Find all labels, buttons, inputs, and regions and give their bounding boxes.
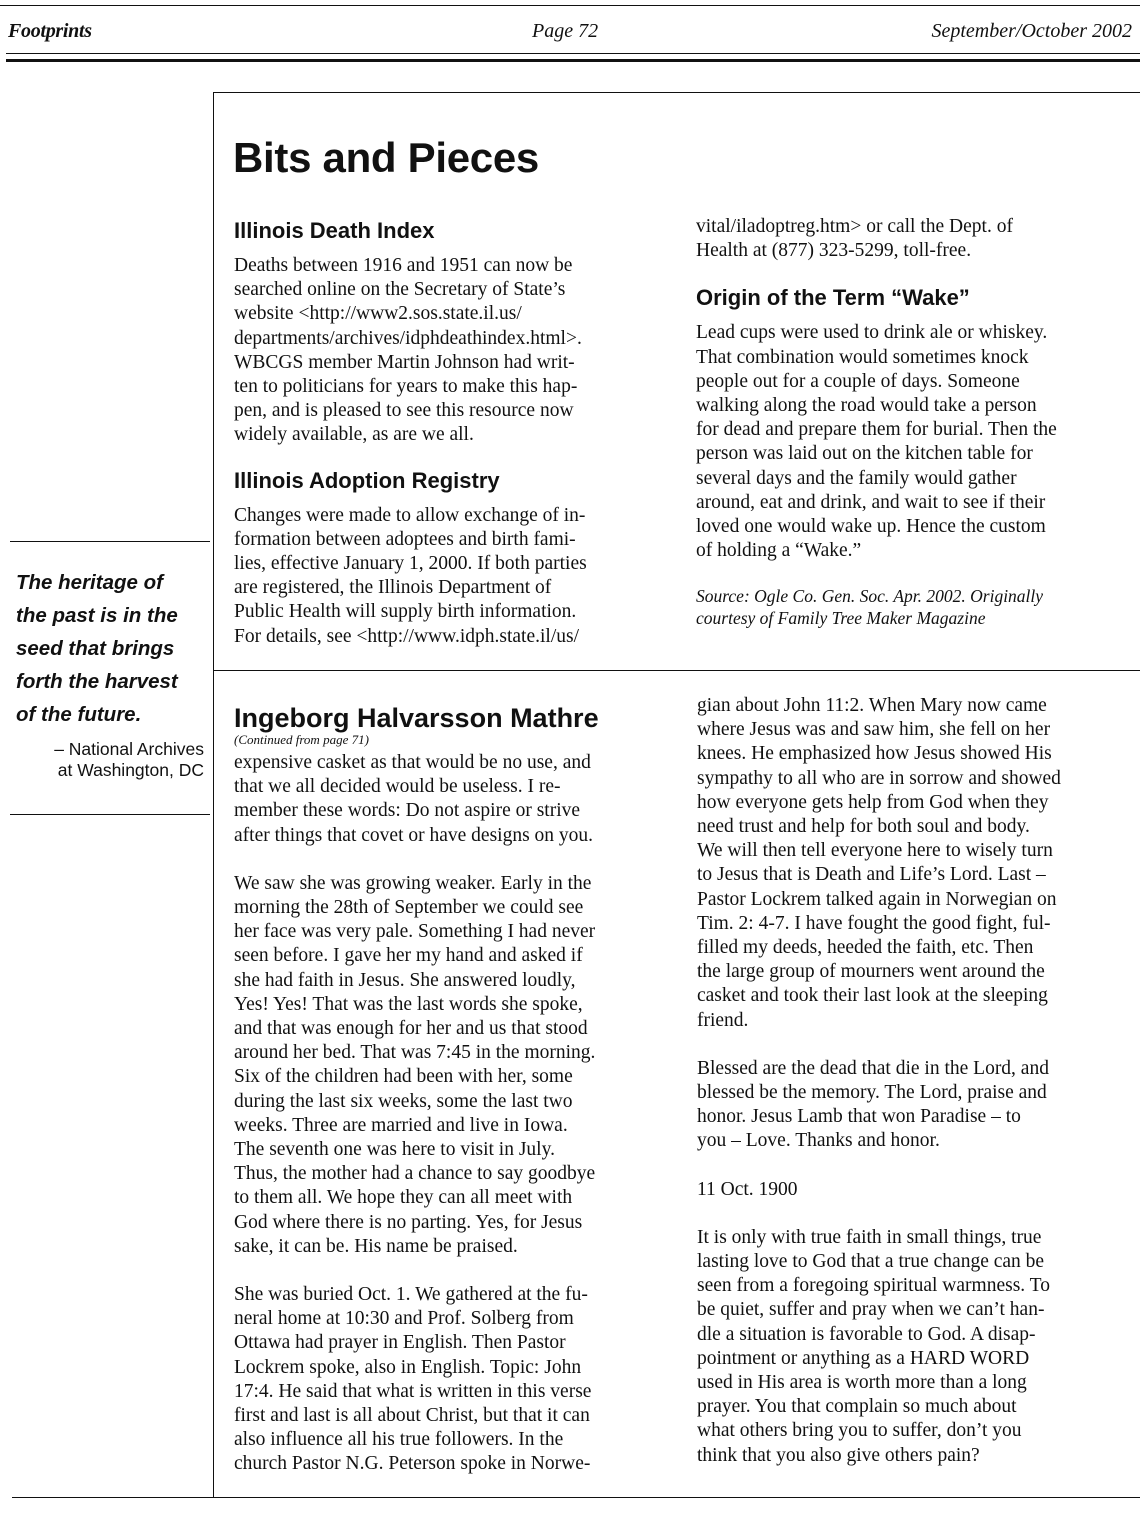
continued-note: (Continued from page 71) <box>234 733 674 747</box>
text-line: The seventh one was here to visit in Jul… <box>234 1138 674 1162</box>
text-line: and that was enough for her and us that … <box>234 1017 674 1041</box>
text-line: neral home at 10:30 and Prof. Solberg fr… <box>234 1307 674 1331</box>
text-line: Deaths between 1916 and 1951 can now be <box>234 254 674 278</box>
text-line: blessed be the memory. The Lord, praise … <box>697 1081 1137 1105</box>
article-title: Ingeborg Halvarsson Mathre <box>234 703 674 733</box>
section-heading-adoption-registry: Illinois Adoption Registry <box>234 468 674 494</box>
text-line: seen before. I gave her my hand and aske… <box>234 944 674 968</box>
wake-source-citation: Source: Ogle Co. Gen. Soc. Apr. 2002. Or… <box>696 585 1136 629</box>
text-line: weeks. Three are married and live in Iow… <box>234 1114 674 1138</box>
article-paragraph: It is only with true faith in small thin… <box>697 1226 1137 1468</box>
text-line: several days and the family would gather <box>696 467 1136 491</box>
text-line: filled my deeds, heeded the faith, etc. … <box>697 936 1137 960</box>
text-line: friend. <box>697 1009 1137 1033</box>
text-line: She was buried Oct. 1. We gathered at th… <box>234 1283 674 1307</box>
wake-body: Lead cups were used to drink ale or whis… <box>696 321 1136 563</box>
text-line: loved one would wake up. Hence the custo… <box>696 515 1136 539</box>
death-index-body: Deaths between 1916 and 1951 can now be … <box>234 254 674 448</box>
text-line: Changes were made to allow exchange of i… <box>234 504 674 528</box>
text-line: knees. He emphasized how Jesus showed Hi… <box>697 742 1137 766</box>
text-line: also influence all his true followers. I… <box>234 1428 674 1452</box>
quote-line: The heritage of <box>16 566 208 599</box>
article-paragraph: expensive casket as that would be no use… <box>234 751 674 848</box>
article-paragraph: gian about John 11:2. When Mary now came… <box>697 694 1137 1033</box>
text-line: Six of the children had been with her, s… <box>234 1065 674 1089</box>
text-line: WBCGS member Martin Johnson had writ- <box>234 351 674 375</box>
text-line: that we all decided would be useless. I … <box>234 775 674 799</box>
text-line: Public Health will supply birth informat… <box>234 600 674 624</box>
text-line: to them all. We hope they can all meet w… <box>234 1186 674 1210</box>
text-line: expensive casket as that would be no use… <box>234 751 674 775</box>
box-top-border <box>213 92 1140 93</box>
header-top-rule <box>0 5 1140 6</box>
text-line: It is only with true faith in small thin… <box>697 1226 1137 1250</box>
sidebar-quote: The heritage of the past is in the seed … <box>16 566 208 781</box>
text-line: widely available, as are we all. <box>234 423 674 447</box>
text-line: We saw she was growing weaker. Early in … <box>234 872 674 896</box>
text-line: courtesy of Family Tree Maker Magazine <box>696 607 1136 629</box>
text-line: vital/iladoptreg.htm> or call the Dept. … <box>696 215 1136 239</box>
text-line: Source: Ogle Co. Gen. Soc. Apr. 2002. Or… <box>696 585 1136 607</box>
quote-line: seed that brings <box>16 632 208 665</box>
section-divider <box>213 670 1140 671</box>
box-left-border <box>213 92 214 1497</box>
quote-line: the past is in the <box>16 599 208 632</box>
header-rule-thick <box>6 59 1140 62</box>
text-line: around her bed. That was 7:45 in the mor… <box>234 1041 674 1065</box>
text-line: she had faith in Jesus. She answered lou… <box>234 969 674 993</box>
quote-line: forth the harvest <box>16 665 208 698</box>
text-line: seen from a foregoing spiritual warmness… <box>697 1274 1137 1298</box>
text-line: need trust and help for both soul and bo… <box>697 815 1137 839</box>
text-line: church Pastor N.G. Peterson spoke in Nor… <box>234 1452 674 1476</box>
section-heading-wake: Origin of the Term “Wake” <box>696 285 1136 311</box>
text-line: Yes! Yes! That was the last words she sp… <box>234 993 674 1017</box>
text-line: are registered, the Illinois Department … <box>234 576 674 600</box>
article-paragraph: She was buried Oct. 1. We gathered at th… <box>234 1283 674 1477</box>
page-title: Bits and Pieces <box>233 132 539 184</box>
text-line: God where there is no parting. Yes, for … <box>234 1211 674 1235</box>
quote-bottom-rule <box>10 814 210 815</box>
footer-rule <box>12 1497 1140 1498</box>
text-line: For details, see <http://www.idph.state.… <box>234 625 674 649</box>
text-line: Ottawa had prayer in English. Then Pasto… <box>234 1331 674 1355</box>
text-line: where Jesus was and saw him, she fell on… <box>697 718 1137 742</box>
adoption-registry-body: Changes were made to allow exchange of i… <box>234 504 674 649</box>
text-line: think that you also give others pain? <box>697 1444 1137 1468</box>
text-line: you – Love. Thanks and honor. <box>697 1129 1137 1153</box>
header-rule-thin <box>6 53 1140 54</box>
adoption-registry-continued: vital/iladoptreg.htm> or call the Dept. … <box>696 215 1136 263</box>
text-line: pointment or anything as a HARD WORD <box>697 1347 1137 1371</box>
text-line: first and last is all about Christ, but … <box>234 1404 674 1428</box>
quote-line: of the future. <box>16 698 208 731</box>
text-line: after things that covet or have designs … <box>234 824 674 848</box>
issue-date: September/October 2002 <box>931 20 1132 43</box>
ingeborg-right-column: gian about John 11:2. When Mary now came… <box>697 694 1137 1468</box>
text-line: Lead cups were used to drink ale or whis… <box>696 321 1136 345</box>
text-line: We will then tell everyone here to wisel… <box>697 839 1137 863</box>
text-line: her face was very pale. Something I had … <box>234 920 674 944</box>
text-line: ten to politicians for years to make thi… <box>234 375 674 399</box>
text-line: be quiet, suffer and pray when we can’t … <box>697 1298 1137 1322</box>
text-line: 11 Oct. 1900 <box>697 1178 1137 1202</box>
text-line: 17:4. He said that what is written in th… <box>234 1380 674 1404</box>
text-line: Lockrem spoke, also in English. Topic: J… <box>234 1356 674 1380</box>
section-heading-death-index: Illinois Death Index <box>234 218 674 244</box>
text-line: lasting love to God that a true change c… <box>697 1250 1137 1274</box>
article-dateline: 11 Oct. 1900 <box>697 1178 1137 1202</box>
text-line: Thus, the mother had a chance to say goo… <box>234 1162 674 1186</box>
text-line: pen, and is pleased to see this resource… <box>234 399 674 423</box>
attribution-line: – National Archives <box>16 739 204 760</box>
text-line: of holding a “Wake.” <box>696 539 1136 563</box>
attribution-line: at Washington, DC <box>16 760 204 781</box>
text-line: person was laid out on the kitchen table… <box>696 442 1136 466</box>
quote-text: The heritage of the past is in the seed … <box>16 566 208 731</box>
text-line: the large group of mourners went around … <box>697 960 1137 984</box>
text-line: for dead and prepare them for burial. Th… <box>696 418 1136 442</box>
text-line: during the last six weeks, some the last… <box>234 1090 674 1114</box>
text-line: Tim. 2: 4-7. I have fought the good figh… <box>697 912 1137 936</box>
text-line: morning the 28th of September we could s… <box>234 896 674 920</box>
text-line: Health at (877) 323-5299, toll-free. <box>696 239 1136 263</box>
quote-attribution: – National Archives at Washington, DC <box>16 739 208 781</box>
text-line: searched online on the Secretary of Stat… <box>234 278 674 302</box>
text-line: how everyone gets help from God when the… <box>697 791 1137 815</box>
text-line: dle a situation is favorable to God. A d… <box>697 1323 1137 1347</box>
text-line: Pastor Lockrem talked again in Norwegian… <box>697 888 1137 912</box>
text-line: what others bring you to suffer, don’t y… <box>697 1419 1137 1443</box>
text-line: around, eat and drink, and wait to see i… <box>696 491 1136 515</box>
text-line: casket and took their last look at the s… <box>697 984 1137 1008</box>
text-line: Blessed are the dead that die in the Lor… <box>697 1057 1137 1081</box>
text-line: prayer. You that complain so much about <box>697 1395 1137 1419</box>
text-line: sake, it can be. His name be praised. <box>234 1235 674 1259</box>
text-line: That combination would sometimes knock <box>696 346 1136 370</box>
running-header: Footprints Page 72 September/October 200… <box>0 14 1140 50</box>
text-line: to Jesus that is Death and Life’s Lord. … <box>697 863 1137 887</box>
page-number: Page 72 <box>532 20 598 43</box>
text-line: honor. Jesus Lamb that won Paradise – to <box>697 1105 1137 1129</box>
bits-right-column: vital/iladoptreg.htm> or call the Dept. … <box>696 215 1136 629</box>
article-paragraph: We saw she was growing weaker. Early in … <box>234 872 674 1259</box>
text-line: formation between adoptees and birth fam… <box>234 528 674 552</box>
text-line: lies, effective January 1, 2000. If both… <box>234 552 674 576</box>
ingeborg-left-column: Ingeborg Halvarsson Mathre (Continued fr… <box>234 703 674 1477</box>
text-line: people out for a couple of days. Someone <box>696 370 1136 394</box>
article-paragraph: Blessed are the dead that die in the Lor… <box>697 1057 1137 1154</box>
quote-top-rule <box>10 541 210 542</box>
text-line: website <http://www2.sos.state.il.us/ <box>234 302 674 326</box>
text-line: used in His area is worth more than a lo… <box>697 1371 1137 1395</box>
bits-left-column: Illinois Death Index Deaths between 1916… <box>234 218 674 649</box>
text-line: walking along the road would take a pers… <box>696 394 1136 418</box>
text-line: sympathy to all who are in sorrow and sh… <box>697 767 1137 791</box>
text-line: gian about John 11:2. When Mary now came <box>697 694 1137 718</box>
publication-name: Footprints <box>8 20 92 43</box>
text-line: member these words: Do not aspire or str… <box>234 799 674 823</box>
text-line: departments/archives/idphdeathindex.html… <box>234 327 674 351</box>
